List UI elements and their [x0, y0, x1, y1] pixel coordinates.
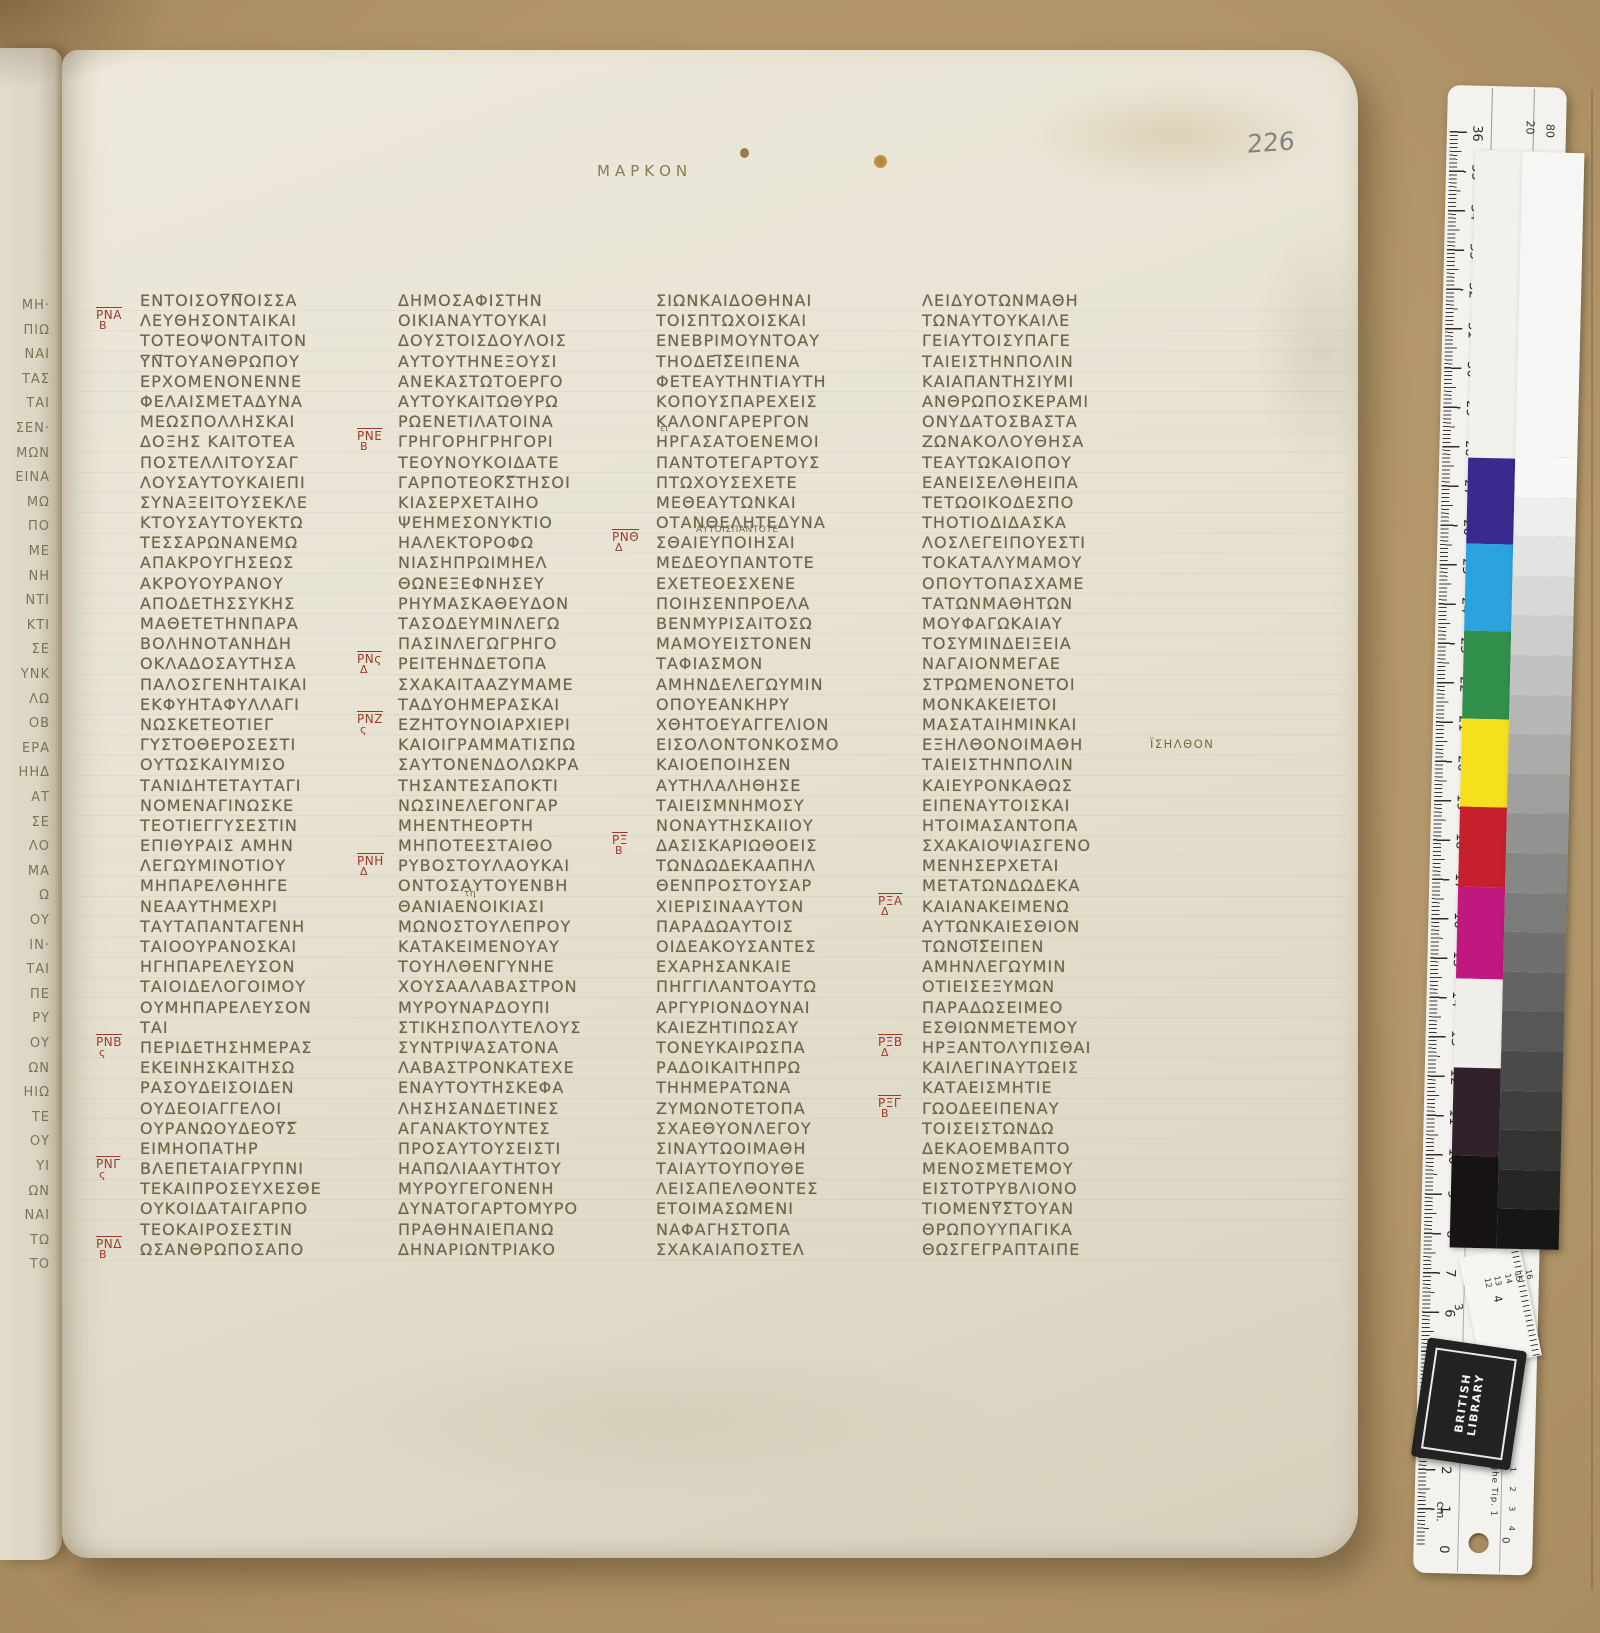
color-patch — [1458, 806, 1507, 887]
eusebian-section-number: ΡΝΒς — [96, 1037, 130, 1058]
ruler-number: 7 — [1443, 1266, 1457, 1281]
text-line: ΚΑΙΕΖΗΤΙΠΩΣΑΥ — [656, 1018, 892, 1038]
canon-numeral: Β — [96, 321, 130, 331]
eusebian-section-number: ΡΝΕΒ — [357, 431, 391, 452]
text-line: ΕΧΑΡΗΣΑΝΚΑΙΕ — [656, 957, 892, 977]
text-line: ΘΕΝΠΡΟΣΤΟΥΣΑΡ — [656, 876, 892, 896]
leaf-fragment: ΜΩΝ — [0, 446, 50, 461]
gray-step — [1503, 932, 1566, 973]
gray-step — [1504, 892, 1567, 933]
text-line: ΟΥΡΑΝΩΟΥΔΕΟΥ̅Σ̅ — [140, 1119, 376, 1139]
folio-number: 226 — [1247, 126, 1296, 158]
text-line: ΤΑΦΙΑΣΜΟΝ — [656, 654, 892, 674]
leaf-fragment: ΟΒ — [0, 716, 50, 731]
color-patch — [1462, 631, 1511, 720]
color-patch — [1468, 151, 1522, 459]
text-line: ΕΚΕΙΝΗΣΚΑΙΤΗΣΩ — [140, 1058, 376, 1078]
text-line: ΚΑΙΑΠΑΝΤΗΣΙΥΜΙ — [922, 372, 1158, 392]
text-line: ΤΟΥΗΛΘΕΝΓΥΝΗΕ — [398, 957, 634, 977]
gray-step — [1511, 615, 1574, 656]
leaf-fragment: ΕΙΝΑ — [0, 470, 50, 485]
text-line: ΘΡΩΠΟΥΥΠΑΓΙΚΑ — [922, 1220, 1158, 1240]
text-line: ΝΑΓΑΙΟΝΜΕΓΑΕ — [922, 654, 1158, 674]
text-line: ΑΥΤΗΛΑΛΗΘΗΣΕ — [656, 776, 892, 796]
text-line: ΓΑΡΠΟΤΕΟΚ̅Σ̅ΤΗΣΟΙ — [398, 473, 634, 493]
text-line: ΤΗΟΔΕΙ̅Σ̅ΕΙΠΕΝΑ — [656, 352, 892, 372]
eusebian-section-number: ΡΝΔΒ — [96, 1239, 130, 1260]
text-line: ΚΤΟΥΣΑΥΤΟΥΕΚΤΩ — [140, 513, 376, 533]
text-line: ΤΩΝΔΩΔΕΚΑΑΠΗΛ — [656, 856, 892, 876]
gray-step — [1502, 971, 1565, 1012]
scale-label-80: 80 — [1543, 124, 1556, 138]
text-line: ΕΝΤΟΙΣΟΥ̅Ν̅ΟΙΣΣΑ — [140, 291, 376, 311]
gray-step — [1498, 1169, 1561, 1210]
leaf-fragment: ΗΙΩ — [0, 1085, 50, 1100]
canon-numeral: ς — [357, 725, 391, 735]
text-line: ΑΠΟΔΕΤΗΣΣΥΚΗΣ — [140, 594, 376, 614]
text-line: ΤΕΣΣΑΡΩΝΑΝΕΜΩ — [140, 533, 376, 553]
text-line: ΔΟΥΣΤΟΙΣΔΟΥΛΟΙΣ — [398, 331, 634, 351]
text-line: ΔΗΜΟΣΑΦΙΣΤΗΝ — [398, 291, 634, 311]
text-line: ΤΗΣΑΝΤΕΣΑΠΟΚΤΙ — [398, 776, 634, 796]
text-line: ΤΑΙΕΙΣΤΗΝΠΟΛΙΝ — [922, 755, 1158, 775]
text-line: ΒΟΛΗΝΟΤΑΝΗΔΗ — [140, 634, 376, 654]
text-line: ΡΕΙΤΕΗΝΔΕΤΟΠΑ — [398, 654, 634, 674]
text-line: ΛΗΣΗΣΑΝΔΕΤΙΝΕΣ — [398, 1099, 634, 1119]
text-line: ΛΟΣΛΕΓΕΙΠΟΥΕΣΤΙ — [922, 533, 1158, 553]
text-line: ΧΘΗΤΟΕΥΑΓΓΕΛΙΟΝ — [656, 715, 892, 735]
leaf-fragment: ΤΟ — [0, 1257, 50, 1272]
leaf-fragment: ΥΝΚ — [0, 667, 50, 682]
text-line: ΠΟΣΤΕΛΛΙΤΟΥΣΑΓ — [140, 453, 376, 473]
leaf-fragment: ΝΤΙ — [0, 593, 50, 608]
leaf-fragment: ΟΥ — [0, 1036, 50, 1051]
ruler-number: 0 — [1437, 1541, 1451, 1556]
text-line: ΠΑΛΟΣΓΕΝΗΤΑΙΚΑΙ — [140, 675, 376, 695]
leaf-fragment: ΩΝ — [0, 1061, 50, 1076]
text-line: ΤΑΙΕΙΣΜΝΗΜΟΣΥ — [656, 796, 892, 816]
text-line: ΓΕΙΑΥΤΟΙΣΥΠΑΓΕ — [922, 331, 1158, 351]
ruler-top-divider — [1490, 88, 1492, 150]
text-line: ΜΕΔΕΟΥΠΑΝΤΟΤΕ — [656, 553, 892, 573]
scale-label-20: 20 — [1523, 120, 1536, 134]
text-line: ΟΝΥΔΑΤΟΣΒΑΣΤΑ — [922, 412, 1158, 432]
leaf-fragment: ΠΙΩ — [0, 323, 50, 338]
correction-note: τη — [464, 889, 476, 899]
stain — [740, 148, 749, 158]
leaf-fragment: ΠΕ — [0, 987, 50, 1002]
text-line: ΕΙΠΕΝΑΥΤΟΙΣΚΑΙ — [922, 796, 1158, 816]
eusebian-section-number: ΡΞΒΔ — [878, 1037, 912, 1058]
text-line: ΖΥΜΩΝΟΤΕΤΟΠΑ — [656, 1099, 892, 1119]
text-line: ΕΠΙΘΥΡΑΙΣ ΑΜΗΝ — [140, 836, 376, 856]
text-line: ΤΑΤΩΝΜΑΘΗΤΩΝ — [922, 594, 1158, 614]
text-line: ΤΕΑΥΤΩΚΑΙΟΠΟΥ — [922, 453, 1158, 473]
text-line: ΣΧΑΚΑΙΑΠΟΣΤΕΛ — [656, 1240, 892, 1260]
color-patch — [1464, 544, 1513, 632]
text-line: ΤΩΝΑΥΤΟΥΚΑΙΛΕ — [922, 311, 1158, 331]
canon-numeral: Δ — [357, 867, 391, 877]
text-line: ΡΑΣΟΥΔΕΙΣΟΙΔΕΝ — [140, 1078, 376, 1098]
stain — [302, 1340, 1002, 1500]
gray-step — [1500, 1050, 1563, 1091]
text-line: ΔΟΞΗΣ ΚΑΙΤΟΤΕΑ — [140, 432, 376, 452]
leaf-fragment: ΝΑΙ — [0, 1208, 50, 1223]
secondary-scale-zero: 0 — [1499, 1537, 1510, 1544]
color-patch — [1450, 1155, 1499, 1248]
text-line: ΑΠΑΚΡΟΥΓΗΣΕΩΣ — [140, 553, 376, 573]
text-line: ΜΩΝΟΣΤΟΥΛΕΠΡΟΥ — [398, 917, 634, 937]
text-line: ΚΑΙΟΙΓΡΑΜΜΑΤΙΣΠΩ — [398, 735, 634, 755]
leaf-fragment: ΤΑΣ — [0, 372, 50, 387]
text-line: ΟΙΚΙΑΝΑΥΤΟΥΚΑΙ — [398, 311, 634, 331]
text-line: ΤΟΙΣΠΤΩΧΟΙΣΚΑΙ — [656, 311, 892, 331]
text-line: ΟΝΤΟΣΑΥΤΟΥΕΝΒΗ — [398, 876, 634, 896]
leaf-fragment: ΤΑΙ — [0, 962, 50, 977]
text-line: ΕΧΕΤΕΟΕΣΧΕΝΕ — [656, 574, 892, 594]
color-patch — [1466, 458, 1515, 545]
text-line: ΤΟΚΑΤΑΛΥΜΑΜΟΥ — [922, 553, 1158, 573]
leaf-fragment: ΙΝ· — [0, 938, 50, 953]
leaf-fragment: ΚΤΙ — [0, 618, 50, 633]
text-line: ΓΡΗΓΟΡΗΓΡΗΓΟΡΙ — [398, 432, 634, 452]
text-line: ΣΤΙΚΗΣΠΟΛΥΤΕΛΟΥΣ — [398, 1018, 634, 1038]
leaf-fragment: ΟΥ — [0, 913, 50, 928]
leaf-fragment: ΟΥ — [0, 1134, 50, 1149]
text-line: ΤΟΝΕΥΚΑΙΡΩΣΠΑ — [656, 1038, 892, 1058]
text-line: ΘΩΣΓΕΓΡΑΠΤΑΙΠΕ — [922, 1240, 1158, 1260]
text-line: ΛΕΥΘΗΣΟΝΤΑΙΚΑΙ — [140, 311, 376, 331]
text-line: ΘΑΝΙΑΕΝΟΙΚΙΑΣΙ — [398, 897, 634, 917]
leaf-fragment: ΜΕ — [0, 544, 50, 559]
leaf-fragment: ΗΗΔ — [0, 765, 50, 780]
text-line: ΗΡΓΑΣΑΤΟΕΝΕΜΟΙ — [656, 432, 892, 452]
text-line: ΤΕΤΩΟΙΚΟΔΕΣΠΟ — [922, 493, 1158, 513]
text-line: ΟΠΟΥΕΑΝΚΗΡΥ — [656, 695, 892, 715]
text-line: ΜΕΝΟΣΜΕΤΕΜΟΥ — [922, 1159, 1158, 1179]
text-line: ΩΣΑΝΘΡΩΠΟΣΑΠΟ — [140, 1240, 376, 1260]
canon-numeral: Δ — [357, 665, 391, 675]
text-line: ΗΓΗΠΑΡΕΛΕΥΣΟΝ — [140, 957, 376, 977]
text-line: ΡΑΔΟΙΚΑΙΤΗΠΡΩ — [656, 1058, 892, 1078]
text-line: ΕΑΝΕΙΣΕΛΘΗΕΙΠΑ — [922, 473, 1158, 493]
text-line: ΝΟΜΕΝΑΓΙΝΩΣΚΕ — [140, 796, 376, 816]
text-line: ΜΕΤΑΤΩΝΔΩΔΕΚΑ — [922, 876, 1158, 896]
text-line: ΜΑΘΕΤΕΤΗΝΠΑΡΑ — [140, 614, 376, 634]
eusebian-section-number: ΡΝΖς — [357, 714, 391, 735]
gray-step — [1514, 457, 1577, 498]
text-line: ΤΕΚΑΙΠΡΟΣΕΥΧΕΣΘΕ — [140, 1179, 376, 1199]
leaf-fragment: Ω — [0, 888, 50, 903]
text-line: ΠΡΟΣΑΥΤΟΥΣΕΙΣΤΙ — [398, 1139, 634, 1159]
text-line: ΝΙΑΣΗΠΡΩΙΜΗΕΛ — [398, 553, 634, 573]
text-line: ΜΑΣΑΤΑΙΗΜΙΝΚΑΙ — [922, 715, 1158, 735]
leaf-fragment: ΕΡΑ — [0, 741, 50, 756]
text-line: ΝΑΦΑΓΗΣΤΟΠΑ — [656, 1220, 892, 1240]
text-line: ΦΕΛΑΙΣΜΕΤΑΔΥΝΑ — [140, 392, 376, 412]
color-patch — [1452, 1067, 1501, 1156]
text-column: ΛΕΙΔΥΟΤΩΝΜΑΘΗΤΩΝΑΥΤΟΥΚΑΙΛΕΓΕΙΑΥΤΟΙΣΥΠΑΓΕ… — [922, 291, 1158, 1260]
text-line: ΜΗΕΝΤΗΕΟΡΤΗ — [398, 816, 634, 836]
text-line: ΕΖΗΤΟΥΝΟΙΑΡΧΙΕΡΙ — [398, 715, 634, 735]
text-line: ΟΥΚΟΙΔΑΤΑΙΓΑΡΠΟ — [140, 1199, 376, 1219]
gray-step — [1510, 655, 1573, 696]
text-line: ΤΩΝΟΙ̅Σ̅ΕΙΠΕΝ — [922, 937, 1158, 957]
text-line: ΛΕΓΩΥΜΙΝΟΤΙΟΥ — [140, 856, 376, 876]
text-line: ΟΥΔΕΟΙΑΓΓΕΛΟΙ — [140, 1099, 376, 1119]
text-line: ΚΑΙΟΕΠΟΙΗΣΕΝ — [656, 755, 892, 775]
text-line: ΠΑΣΙΝΛΕΓΩΓΡΗΓΟ — [398, 634, 634, 654]
text-line: ΑΝΘΡΩΠΟΣΚΕΡΑΜΙ — [922, 392, 1158, 412]
leaf-fragment: ΜΑ — [0, 864, 50, 879]
inch-large-numbers: 4 3 — [1438, 1292, 1518, 1315]
secondary-scale-numbers: 1 2 3 4 — [1507, 1467, 1518, 1537]
text-line: ΑΚΡΟΥΟΥΡΑΝΟΥ — [140, 574, 376, 594]
leaf-fragment: ΛΟ — [0, 839, 50, 854]
leaf-fragment: ΡΥ — [0, 1011, 50, 1026]
canon-numeral: ς — [96, 1048, 130, 1058]
text-line: ΣΙΝΑΥΤΩΟΙΜΑΘΗ — [656, 1139, 892, 1159]
text-line: ΗΡΞΑΝΤΟΛΥΠΙΣΘΑΙ — [922, 1038, 1158, 1058]
text-line: ΒΕΝΜΥΡΙΣΑΙΤΟΣΩ — [656, 614, 892, 634]
text-line: ΚΑΛΟΝΓΑΡΕΡΓΟΝ — [656, 412, 892, 432]
correction-note: ΑΥΤΟΙΣΠΑΝΤΟΤΕ — [696, 525, 779, 535]
text-line: ΝΟΝΑΥΤΗΣΚΑΙΙΟΥ — [656, 816, 892, 836]
text-line: ΤΑΙ — [140, 1018, 376, 1038]
text-line: ΣΘΑΙΕΥΠΟΙΗΣΑΙ — [656, 533, 892, 553]
text-line: ΖΩΝΑΚΟΛΟΥΘΗΣΑ — [922, 432, 1158, 452]
text-line: ΟΙΔΕΑΚΟΥΣΑΝΤΕΣ — [656, 937, 892, 957]
canon-numeral: Β — [357, 442, 391, 452]
text-line: ΚΟΠΟΥΣΠΑΡΕΧΕΙΣ — [656, 392, 892, 412]
text-line: ΚΑΙΕΥΡΟΝΚΑΘΩΣ — [922, 776, 1158, 796]
photograph-scene: ΜΗ·ΠΙΩΝΑΙΤΑΣΤΑΙΣΕΝ·ΜΩΝΕΙΝΑΜΩΠΟΜΕΝΗΝΤΙΚΤΙ… — [0, 0, 1600, 1633]
text-line: ΠΗΓΓΙΛΑΝΤΟΑΥΤΩ — [656, 977, 892, 997]
text-column: ΕΝΤΟΙΣΟΥ̅Ν̅ΟΙΣΣΑΛΕΥΘΗΣΟΝΤΑΙΚΑΙΤΟΤΕΟΨΟΝΤΑ… — [140, 291, 376, 1260]
text-line: ΜΥΡΟΥΓΕΓΟΝΕΝΗ — [398, 1179, 634, 1199]
text-line: ΘΩΝΕΞΕΦΝΗΣΕΥ — [398, 574, 634, 594]
text-line: ΔΥΝΑΤΟΓΑΡΤΟΜΥΡΟ — [398, 1199, 634, 1219]
previous-leaf-edge: ΜΗ·ΠΙΩΝΑΙΤΑΣΤΑΙΣΕΝ·ΜΩΝΕΙΝΑΜΩΠΟΜΕΝΗΝΤΙΚΤΙ… — [0, 48, 62, 1560]
text-line: ΣΧΑΕΘΥΟΝΛΕΓΟΥ — [656, 1119, 892, 1139]
text-line: ΣΙΩΝΚΑΙΔΟΘΗΝΑΙ — [656, 291, 892, 311]
text-line: ΚΑΙΛΕΓΙΝΑΥΤΩΕΙΣ — [922, 1058, 1158, 1078]
canon-numeral: Δ — [878, 907, 912, 917]
text-line: ΤΑΙΕΙΣΤΗΝΠΟΛΙΝ — [922, 352, 1158, 372]
color-patch — [1460, 719, 1509, 808]
correction-note: ει — [660, 424, 669, 434]
gray-step — [1513, 496, 1576, 537]
leaf-fragment: ΜΩ — [0, 495, 50, 510]
eusebian-section-number: ΡΝΘΔ — [612, 532, 646, 553]
text-line: ΤΟΙΣΕΙΣΤΩΝΔΩ — [922, 1119, 1158, 1139]
text-line: ΜΗΠΑΡΕΛΘΗΗΓΕ — [140, 876, 376, 896]
text-line: ΕΣΘΙΩΝΜΕΤΕΜΟΥ — [922, 1018, 1158, 1038]
text-line: ΟΥΤΩΣΚΑΙΥΜΙΣΟ — [140, 755, 376, 775]
text-line: ΦΕΤΕΑΥΤΗΝΤΙΑΥΤΗ — [656, 372, 892, 392]
correction-note: ΪΣΗΛΘΟΝ — [1150, 737, 1214, 751]
text-line: ΑΝΕΚΑΣΤΩΤΟΕΡΓΟ — [398, 372, 634, 392]
text-line: ΛΕΙΣΑΠΕΛΘΟΝΤΕΣ — [656, 1179, 892, 1199]
text-line: ΤΑΙΑΥΤΟΥΠΟΥΘΕ — [656, 1159, 892, 1179]
text-column: ΔΗΜΟΣΑΦΙΣΤΗΝΟΙΚΙΑΝΑΥΤΟΥΚΑΙΔΟΥΣΤΟΙΣΔΟΥΛΟΙ… — [398, 291, 634, 1260]
text-line: ΔΕΚΑΟΕΜΒΑΠΤΟ — [922, 1139, 1158, 1159]
library-label-frame: BRITISH LIBRARY — [1421, 1347, 1517, 1460]
gray-step — [1499, 1090, 1562, 1131]
canon-numeral: Β — [612, 846, 646, 856]
eusebian-section-number: ΡΝςΔ — [357, 654, 391, 675]
text-line: ΗΑΛΕΚΤΟΡΟΦΩ — [398, 533, 634, 553]
leaf-fragment: ΠΟ — [0, 519, 50, 534]
text-line: ΜΟΝΚΑΚΕΙΕΤΟΙ — [922, 695, 1158, 715]
text-line: ΨΕΗΜΕΣΟΝΥΚΤΙΟ — [398, 513, 634, 533]
text-line: ΑΥΤΩΝΚΑΙΕΣΘΙΟΝ — [922, 917, 1158, 937]
text-line: ΒΛΕΠΕΤΑΙΑΓΡΥΠΝΙ — [140, 1159, 376, 1179]
text-line: ΤΑΙΟΟΥΡΑΝΟΣΚΑΙ — [140, 937, 376, 957]
text-line: ΣΑΥΤΟΝΕΝΔΟΛΩΚΡΑ — [398, 755, 634, 775]
text-line: ΤΑΥΤΑΠΑΝΤΑΓΕΝΗ — [140, 917, 376, 937]
text-line: ΠΡΑΘΗΝΑΙΕΠΑΝΩ — [398, 1220, 634, 1240]
text-line: ΛΟΥΣΑΥΤΟΥΚΑΙΕΠΙ — [140, 473, 376, 493]
text-line: ΟΥΜΗΠΑΡΕΛΕΥΣΟΝ — [140, 998, 376, 1018]
text-line: ΜΗΠΟΤΕΕΣΤΑΙΘΟ — [398, 836, 634, 856]
text-line: ΝΩΣΙΝΕΛΕΓΟΝΓΑΡ — [398, 796, 634, 816]
gray-step — [1506, 813, 1569, 854]
text-line: ΕΙΣΤΟΤΡΥΒΛΙΟΝΟ — [922, 1179, 1158, 1199]
text-line: ΛΑΒΑΣΤΡΟΝΚΑΤΕΧΕ — [398, 1058, 634, 1078]
text-column: ΣΙΩΝΚΑΙΔΟΘΗΝΑΙΤΟΙΣΠΤΩΧΟΙΣΚΑΙΕΝΕΒΡΙΜΟΥΝΤΟ… — [656, 291, 892, 1260]
text-line: ΜΕΘΕΑΥΤΩΝΚΑΙ — [656, 493, 892, 513]
gray-step — [1509, 694, 1572, 735]
leaf-fragment: ΤΩ — [0, 1233, 50, 1248]
text-line: ΕΙΜΗΟΠΑΤΗΡ — [140, 1139, 376, 1159]
text-line: ΤΕΟΚΑΙΡΟΣΕΣΤΙΝ — [140, 1220, 376, 1240]
canon-numeral: ς — [96, 1170, 130, 1180]
text-line: ΓΥΣΤΟΘΕΡΟΣΕΣΤΙ — [140, 735, 376, 755]
text-line: ΜΑΜΟΥΕΙΣΤΟΝΕΝ — [656, 634, 892, 654]
eusebian-section-number: ΡΝΓς — [96, 1159, 130, 1180]
text-line: ΚΙΑΣΕΡΧΕΤΑΙΗΟ — [398, 493, 634, 513]
text-line: ΤΗΟΤΙΟΔΙΔΑΣΚΑ — [922, 513, 1158, 533]
text-line: ΜΥΡΟΥΝΑΡΔΟΥΠΙ — [398, 998, 634, 1018]
canon-numeral: Β — [96, 1250, 130, 1260]
text-line: ΟΚΛΑΔΟΣΑΥΤΗΣΑ — [140, 654, 376, 674]
text-line: ΠΕΡΙΔΕΤΗΣΗΜΕΡΑΣ — [140, 1038, 376, 1058]
eusebian-section-number: ΡΞΑΔ — [878, 896, 912, 917]
text-line: ΧΟΥΣΑΑΛΑΒΑΣΤΡΟΝ — [398, 977, 634, 997]
stain — [874, 155, 887, 168]
leaf-fragment: ΝΑΙ — [0, 347, 50, 362]
text-line: ΤΗΗΜΕΡΑΤΩΝΑ — [656, 1078, 892, 1098]
eusebian-section-number: ΡΞΒ — [612, 835, 646, 856]
gray-step — [1507, 773, 1570, 814]
color-patch — [1456, 886, 1505, 979]
eusebian-section-number: ΡΞΓΒ — [878, 1098, 912, 1119]
library-label-tab: BRITISH LIBRARY — [1411, 1337, 1527, 1470]
text-line: ΚΑΤΑΕΙΣΜΗΤΙΕ — [922, 1078, 1158, 1098]
text-line: ΡΩΕΝΕΤΙΛΑΤΟΙΝΑ — [398, 412, 634, 432]
text-line: ΗΤΟΙΜΑΣΑΝΤΟΠΑ — [922, 816, 1158, 836]
text-line: ΕΞΗΛΘΟΝΟΙΜΑΘΗ — [922, 735, 1158, 755]
text-line: ΑΡΓΥΡΙΟΝΔΟΥΝΑΙ — [656, 998, 892, 1018]
leaf-fragment: ΛΩ — [0, 692, 50, 707]
text-line: ΠΤΩΧΟΥΣΕΧΕΤΕ — [656, 473, 892, 493]
text-line: ΤΑΔΥΟΗΜΕΡΑΣΚΑΙ — [398, 695, 634, 715]
text-line: ΗΑΠΩΛΙΑΑΥΤΗΤΟΥ — [398, 1159, 634, 1179]
ruler-numbers: 3635343332313029282726252423222120191817… — [1448, 85, 1567, 88]
text-line: Υ̅Ν̅ΤΟΥΑΝΘΡΩΠΟΥ — [140, 352, 376, 372]
text-line: ΣΤΡΩΜΕΝΟΝΕΤΟΙ — [922, 675, 1158, 695]
text-line: ΤΟΣΥΜΙΝΔΕΙΞΕΙΑ — [922, 634, 1158, 654]
text-line: ΜΟΥΦΑΓΩΚΑΙΑΥ — [922, 614, 1158, 634]
gray-step — [1515, 152, 1584, 458]
ruler-number: 2 — [1439, 1463, 1453, 1478]
leaf-fragment: ΣΕ — [0, 642, 50, 657]
canon-numeral: Δ — [612, 543, 646, 553]
library-label-text: BRITISH LIBRARY — [1452, 1371, 1487, 1437]
running-title: ΜΑΡΚΟΝ — [597, 162, 692, 180]
manuscript-page: ΜΑΡΚΟΝ 226 ΕΝΤΟΙΣΟΥ̅Ν̅ΟΙΣΣΑΛΕΥΘΗΣΟΝΤΑΙΚΑ… — [62, 50, 1358, 1558]
background-edge-line — [1591, 90, 1593, 1590]
text-line: ΔΑΣΙΣΚΑΡΙΩΘΟΕΙΣ — [656, 836, 892, 856]
text-line: ΑΥΤΟΥΚΑΙΤΩΘΥΡΩ — [398, 392, 634, 412]
text-line: ΤΕΟΥΝΟΥΚΟΙΔΑΤΕ — [398, 453, 634, 473]
text-line: ΕΝΑΥΤΟΥΤΗΣΚΕΦΑ — [398, 1078, 634, 1098]
ruler-number: 36 — [1470, 125, 1484, 140]
leaf-fragment: ΤΑΙ — [0, 396, 50, 411]
text-line: ΠΑΡΑΔΩΣΕΙΜΕΟ — [922, 998, 1158, 1018]
text-line: ΑΜΗΝΔΕΛΕΓΩΥΜΙΝ — [656, 675, 892, 695]
text-line: ΑΥΤΟΥΤΗΝΕΞΟΥΣΙ — [398, 352, 634, 372]
text-line: ΕΚΦΥΗΤΑΦΥΛΛΑΓΙ — [140, 695, 376, 715]
text-line: ΡΥΒΟΣΤΟΥΛΑΟΥΚΑΙ — [398, 856, 634, 876]
canon-numeral: Δ — [878, 1048, 912, 1058]
color-patch — [1454, 978, 1503, 1068]
text-line: ΕΡΧΟΜΕΝΟΝΕΝΝΕ — [140, 372, 376, 392]
text-line: ΟΠΟΥΤΟΠΑΣΧΑΜΕ — [922, 574, 1158, 594]
text-line: ΤΑΣΟΔΕΥΜΙΝΛΕΓΩ — [398, 614, 634, 634]
text-line: ΤΙΟΜΕΝΥ̅Σ̅ΤΟΥΑΝ — [922, 1199, 1158, 1219]
gray-step — [1505, 853, 1568, 894]
text-line: ΣΥΝΑΞΕΙΤΟΥΣΕΚΛΕ — [140, 493, 376, 513]
eusebian-section-number: ΡΝΗΔ — [357, 856, 391, 877]
text-line: ΧΙΕΡΙΣΙΝΑΑΥΤΟΝ — [656, 897, 892, 917]
cm-unit-label: cm. — [1434, 1501, 1447, 1522]
text-line: ΚΑΤΑΚΕΙΜΕΝΟΥΑΥ — [398, 937, 634, 957]
gray-step — [1512, 575, 1575, 616]
text-line: ΣΧΑΚΑΙΟΨΙΑΣΓΕΝΟ — [922, 836, 1158, 856]
canon-numeral: Β — [878, 1109, 912, 1119]
text-line: ΔΗΝΑΡΙΩΝΤΡΙΑΚΟ — [398, 1240, 634, 1260]
text-line: ΕΝΕΒΡΙΜΟΥΝΤΟΑΥ — [656, 331, 892, 351]
leaf-fragment: ΩΝ — [0, 1184, 50, 1199]
text-line: ΚΑΙΑΝΑΚΕΙΜΕΝΩ — [922, 897, 1158, 917]
gray-step — [1512, 536, 1575, 577]
eusebian-section-number: ΡΝΑΒ — [96, 310, 130, 331]
text-line: ΝΩΣΚΕΤΕΟΤΙΕΓ — [140, 715, 376, 735]
text-line: ΑΜΗΝΛΕΓΩΥΜΙΝ — [922, 957, 1158, 977]
leaf-fragment: ΜΗ· — [0, 298, 50, 313]
leaf-fragment: ΣΕ — [0, 815, 50, 830]
text-line: ΤΑΝΙΔΗΤΕΤΑΥΤΑΓΙ — [140, 776, 376, 796]
ruler-assembly: 20 80 3635343332313029282726252423222120… — [1413, 85, 1588, 1578]
leaf-fragment: ΣΕΝ· — [0, 421, 50, 436]
leaf-fragment: ΤΕ — [0, 1110, 50, 1125]
leaf-fragment: ΥΙ — [0, 1159, 50, 1174]
gray-step — [1498, 1130, 1561, 1171]
inch-numbers: 16 15 14 13 12 — [1481, 1267, 1535, 1291]
text-line: ΤΟΤΕΟΨΟΝΤΑΙΤΟΝ — [140, 331, 376, 351]
